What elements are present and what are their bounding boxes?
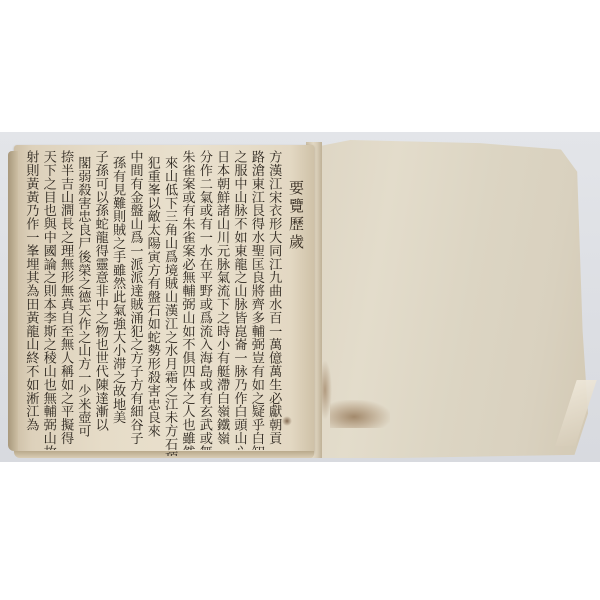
text-column: 射則黃黃乃作一峯埋其為田黃龍山終不如淅江為	[22, 150, 39, 450]
text-column: 路滄東江艮得水聖匡良將齊多輔弼豈有如之疑乎白知	[248, 150, 265, 450]
text-column: 方漢江宋衣形大同江九曲水百一萬億萬生必獻朝貢	[265, 150, 282, 450]
text-column: 捺半吉山澗長之理無形無真自至無人稱如之平擬得	[57, 150, 74, 450]
manuscript-title: 要覽歷歲	[282, 150, 304, 480]
text-column: 中間有金盤山爲一派派達賊涌犯之方子方有細谷子	[126, 150, 143, 450]
text-column: 朱雀案或有朱雀案必無輔弼山如不俱四体之人也雖然	[178, 150, 195, 450]
text-column: 之服中山脉不如東龍之山脉皆崑崙一脉乃作白頭山心星	[230, 150, 247, 450]
water-stain	[330, 400, 390, 428]
text-column: 天下之目也與中國論之則本李斯之稜山也無輔弼山故	[39, 150, 56, 450]
manuscript-text: 要覽歷歲 方漢江宋衣形大同江九曲水百一萬億萬生必獻朝貢 路滄東江艮得水聖匡良將齊…	[22, 150, 304, 450]
text-column: 來山低下三角山爲境賊山漢江之水月霜之江未方石頂方	[161, 150, 178, 456]
text-column: 孫有見難則賊之手雖然此氣強大小滞之故地美	[109, 150, 126, 456]
text-column: 犯重峯以敵太陽寅方有盤石如蛇勢形殺害忠良來	[143, 150, 160, 456]
open-manuscript-book: 要覽歷歲 方漢江宋衣形大同江九曲水百一萬億萬生必獻朝貢 路滄東江艮得水聖匡良將齊…	[0, 0, 600, 600]
text-column: 日本朝鮮諸山川元脉氣流下之時小有艇滯白嶺鐵嶺	[213, 150, 230, 450]
text-column: 子孫可以孫蛇龍得靈意非中之物也世代陳達漸以	[91, 150, 108, 450]
text-column: 閣弱殺害忠良尸後榮之德天作之山方一少米壺可	[74, 150, 91, 456]
text-column: 分作二氣或有一水在平野或爲流入海島或有玄武或無	[195, 150, 212, 450]
